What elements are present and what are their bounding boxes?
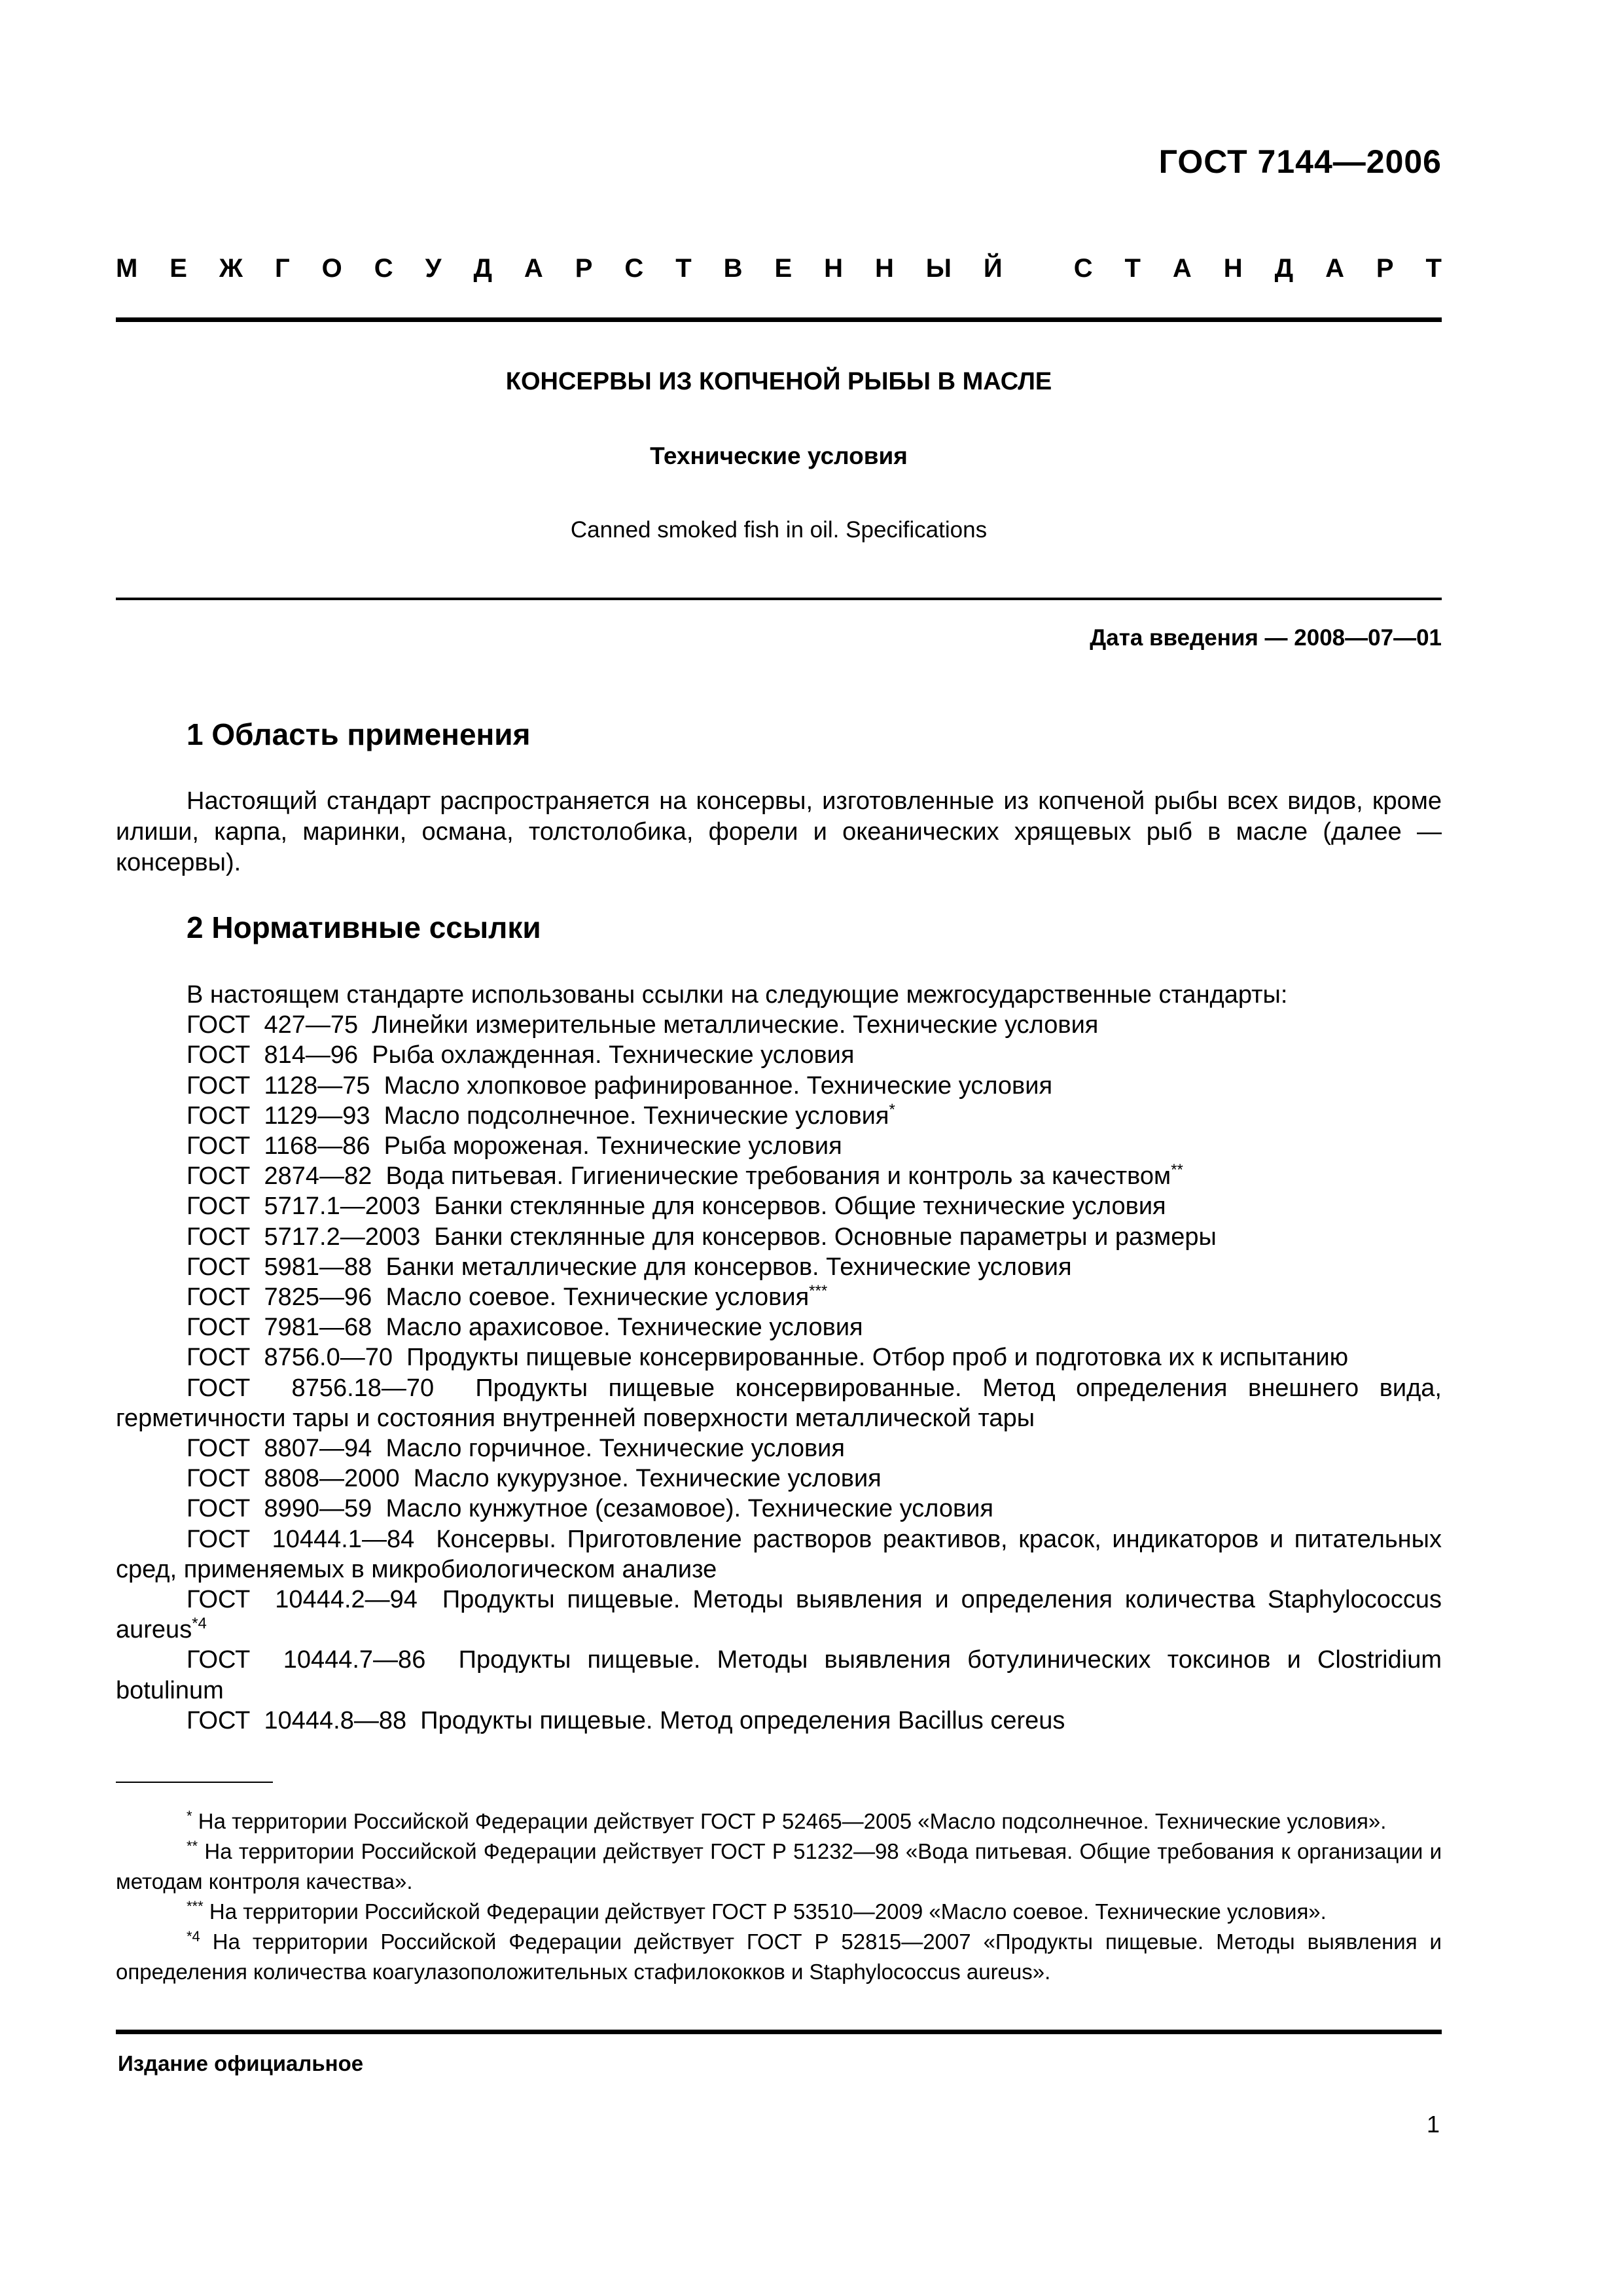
reference-item: ГОСТ 2874—82 Вода питьевая. Гигиенически… <box>116 1161 1442 1191</box>
footnote-text: На территории Российской Федерации дейст… <box>204 1899 1327 1924</box>
footer-rule <box>116 2030 1442 2034</box>
footnote-mark: * <box>187 1808 192 1824</box>
english-title: Canned smoked fish in oil. Specification… <box>116 517 1442 543</box>
reference-code: ГОСТ 2874—82 <box>187 1162 385 1190</box>
standard-type-letter: Н <box>824 254 843 283</box>
document-number: ГОСТ 7144—2006 <box>1159 143 1442 181</box>
standard-type-letter: Н <box>1224 254 1243 283</box>
standard-type-letter: С <box>1074 254 1093 283</box>
standard-type-letter: А <box>524 254 543 283</box>
reference-item: ГОСТ 8807—94 Масло горчичное. Технически… <box>116 1433 1442 1463</box>
reference-title: Вода питьевая. Гигиенические требования … <box>385 1162 1171 1190</box>
footnote-text: На территории Российской Федерации дейст… <box>116 1839 1442 1893</box>
reference-item: ГОСТ 7981—68 Масло арахисовое. Техническ… <box>116 1312 1442 1342</box>
reference-code: ГОСТ 10444.7—86 <box>187 1646 459 1674</box>
standard-type-letter: Т <box>675 254 691 283</box>
footnote-separator <box>116 1782 273 1783</box>
reference-code: ГОСТ 10444.2—94 <box>187 1586 442 1613</box>
reference-code: ГОСТ 8756.0—70 <box>187 1344 406 1371</box>
reference-title: Масло соевое. Технические условия <box>385 1283 809 1311</box>
footnote-item: ** На территории Российской Федерации де… <box>116 1837 1442 1897</box>
reference-item: ГОСТ 5717.2—2003 Банки стеклянные для ко… <box>116 1222 1442 1252</box>
section-1-heading: 1 Область применения <box>187 717 530 752</box>
document-title: КОНСЕРВЫ ИЗ КОПЧЕНОЙ РЫБЫ В МАСЛЕ <box>116 368 1442 396</box>
standard-type-letter: Е <box>169 254 187 283</box>
standard-type-letter: С <box>624 254 643 283</box>
standard-type-letter: Ж <box>219 254 243 283</box>
standard-type-letter: В <box>724 254 743 283</box>
standard-type-letter: Т <box>1125 254 1141 283</box>
footnote-item: * На территории Российской Федерации дей… <box>116 1806 1442 1837</box>
standard-type-letter: Н <box>875 254 894 283</box>
footnote-text: На территории Российской Федерации дейст… <box>192 1809 1387 1833</box>
footnotes: * На территории Российской Федерации дей… <box>116 1806 1442 1987</box>
reference-title: Масло кунжутное (сезамовое). Технические… <box>385 1495 993 1522</box>
reference-item: ГОСТ 8756.18—70 Продукты пищевые консерв… <box>116 1373 1442 1433</box>
reference-item: ГОСТ 1168—86 Рыба мороженая. Технические… <box>116 1131 1442 1161</box>
standard-type-letter: Й <box>984 254 1003 283</box>
title-rule <box>116 598 1442 600</box>
standard-type-letter: Ы <box>926 254 952 283</box>
reference-code: ГОСТ 427—75 <box>187 1011 372 1039</box>
standard-type-letter: О <box>322 254 342 283</box>
standard-type-letter: М <box>116 254 137 283</box>
reference-item: ГОСТ 7825—96 Масло соевое. Технические у… <box>116 1282 1442 1312</box>
reference-item: ГОСТ 814—96 Рыба охлажденная. Технически… <box>116 1040 1442 1070</box>
word-gap <box>1035 254 1042 283</box>
header-rule <box>116 317 1442 322</box>
standard-type-letter: Р <box>575 254 593 283</box>
footnote-mark: *** <box>187 1898 204 1914</box>
reference-code: ГОСТ 8756.18—70 <box>187 1374 475 1402</box>
standard-type-letter: Д <box>473 254 492 283</box>
footnote-item: *4 На территории Российской Федерации де… <box>116 1927 1442 1987</box>
reference-title: Банки металлические для консервов. Техни… <box>385 1253 1071 1281</box>
page-number: 1 <box>1427 2111 1440 2138</box>
reference-item: ГОСТ 10444.8—88 Продукты пищевые. Метод … <box>116 1706 1442 1736</box>
standard-type-letter: С <box>374 254 393 283</box>
reference-title: Банки стеклянные для консервов. Основные… <box>434 1223 1216 1251</box>
section-1-body: Настоящий стандарт распространяется на к… <box>116 786 1442 878</box>
reference-code: ГОСТ 7825—96 <box>187 1283 385 1311</box>
reference-item: ГОСТ 10444.2—94 Продукты пищевые. Методы… <box>116 1585 1442 1645</box>
reference-code: ГОСТ 814—96 <box>187 1041 372 1069</box>
standard-type-letter: У <box>425 254 442 283</box>
reference-title: Масло горчичное. Технические условия <box>385 1435 845 1462</box>
footnote-marker[interactable]: *** <box>809 1282 827 1300</box>
reference-code: ГОСТ 5981—88 <box>187 1253 385 1281</box>
reference-item: ГОСТ 1128—75 Масло хлопковое рафинирован… <box>116 1071 1442 1101</box>
reference-code: ГОСТ 10444.8—88 <box>187 1707 420 1734</box>
reference-item: ГОСТ 8756.0—70 Продукты пищевые консерви… <box>116 1342 1442 1372</box>
reference-item: ГОСТ 10444.7—86 Продукты пищевые. Методы… <box>116 1645 1442 1705</box>
reference-item: ГОСТ 1129—93 Масло подсолнечное. Техниче… <box>116 1101 1442 1131</box>
edition-label: Издание официальное <box>118 2051 363 2076</box>
reference-item: ГОСТ 8990—59 Масло кунжутное (сезамовое)… <box>116 1494 1442 1524</box>
reference-item: ГОСТ 8808—2000 Масло кукурузное. Техниче… <box>116 1463 1442 1494</box>
footnote-marker[interactable]: * <box>889 1101 895 1119</box>
normative-references-list: В настоящем стандарте использованы ссылк… <box>116 980 1442 1736</box>
reference-code: ГОСТ 8807—94 <box>187 1435 385 1462</box>
reference-title: Масло кукурузное. Технические условия <box>414 1465 882 1492</box>
reference-title: Масло арахисовое. Технические условия <box>385 1314 863 1341</box>
document-subtitle: Технические условия <box>116 442 1442 470</box>
reference-code: ГОСТ 7981—68 <box>187 1314 385 1341</box>
reference-item: ГОСТ 10444.1—84 Консервы. Приготовление … <box>116 1524 1442 1585</box>
reference-title: Продукты пищевые. Метод определения Baci… <box>420 1707 1065 1734</box>
standard-type-letter: А <box>1325 254 1344 283</box>
reference-title: Продукты пищевые консервированные. Отбор… <box>406 1344 1348 1371</box>
reference-title: Линейки измерительные металлические. Тех… <box>372 1011 1098 1039</box>
standard-type-letter: Г <box>275 254 290 283</box>
reference-code: ГОСТ 5717.1—2003 <box>187 1193 434 1220</box>
reference-title: Рыба мороженая. Технические условия <box>384 1132 842 1160</box>
reference-title: Масло подсолнечное. Технические условия <box>384 1102 889 1130</box>
reference-item: ГОСТ 5981—88 Банки металлические для кон… <box>116 1252 1442 1282</box>
effective-date: Дата введения — 2008—07—01 <box>1090 625 1442 651</box>
footnote-mark: *4 <box>187 1928 200 1945</box>
footnote-text: На территории Российской Федерации дейст… <box>116 1929 1442 1984</box>
reference-code: ГОСТ 5717.2—2003 <box>187 1223 434 1251</box>
standard-type-letter: Р <box>1376 254 1394 283</box>
reference-title: Банки стеклянные для консервов. Общие те… <box>434 1193 1166 1220</box>
scope-paragraph: Настоящий стандарт распространяется на к… <box>116 786 1442 878</box>
footnote-marker[interactable]: *4 <box>192 1615 207 1632</box>
references-intro: В настоящем стандарте использованы ссылк… <box>116 980 1442 1010</box>
reference-item: ГОСТ 5717.1—2003 Банки стеклянные для ко… <box>116 1191 1442 1221</box>
reference-code: ГОСТ 1168—86 <box>187 1132 384 1160</box>
reference-code: ГОСТ 8990—59 <box>187 1495 385 1522</box>
reference-code: ГОСТ 1129—93 <box>187 1102 384 1130</box>
footnote-marker[interactable]: ** <box>1171 1161 1183 1179</box>
reference-title: Рыба охлажденная. Технические условия <box>372 1041 854 1069</box>
reference-item: ГОСТ 427—75 Линейки измерительные металл… <box>116 1010 1442 1040</box>
standard-type-letter: Е <box>774 254 792 283</box>
footnote-item: *** На территории Российской Федерации д… <box>116 1897 1442 1927</box>
reference-code: ГОСТ 1128—75 <box>187 1072 384 1100</box>
reference-title: Масло хлопковое рафинированное. Техничес… <box>384 1072 1052 1100</box>
standard-type-heading: МЕЖГОСУДАРСТВЕННЫЙ СТАНДАРТ <box>116 254 1442 283</box>
standard-type-letter: Т <box>1426 254 1442 283</box>
standard-type-letter: Д <box>1275 254 1294 283</box>
reference-code: ГОСТ 8808—2000 <box>187 1465 414 1492</box>
reference-code: ГОСТ 10444.1—84 <box>187 1526 436 1553</box>
standard-type-letter: А <box>1173 254 1192 283</box>
footnote-mark: ** <box>187 1838 198 1854</box>
section-2-heading: 2 Нормативные ссылки <box>187 910 541 945</box>
